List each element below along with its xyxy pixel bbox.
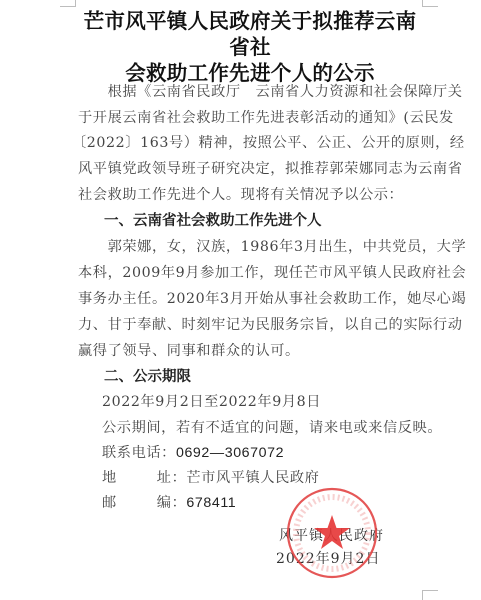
address-value: 芒市风平镇人民政府 xyxy=(186,470,319,486)
title-line-1: 芒市风平镇人民政府关于拟推荐云南省社 xyxy=(80,8,420,60)
section-1-line: 郭荣娜，女，汉族，1986年3月出生，中共党员，大学 xyxy=(78,237,466,257)
phone-label: 联系电话： xyxy=(102,445,176,461)
page-corner-mark-top-right xyxy=(422,0,438,7)
page-corner-mark-bottom-right xyxy=(422,590,438,600)
contact-phone: 联系电话：0692—3067072 xyxy=(102,443,284,463)
intro-line: 风平镇党政领导班子研究决定，拟推荐郭荣娜同志为云南省 xyxy=(78,159,462,179)
postcode-label-2: 编： xyxy=(157,495,187,511)
address-label-1: 地 xyxy=(102,470,117,486)
intro-line: 根据《云南省民政厅 云南省人力资源和社会保障厅关 xyxy=(78,82,462,102)
section-2-heading: 二、公示期限 xyxy=(104,367,191,387)
section-1-line: 事务办主任。2020年3月开始从事社会救助工作，她尽心竭 xyxy=(78,289,466,309)
address-label-2: 址： xyxy=(157,470,187,486)
section-1-line: 本科，2009年9月参加工作，现任芒市风平镇人民政府社会 xyxy=(78,263,466,283)
phone-value: 0692—3067072 xyxy=(176,445,284,461)
intro-line: 〔2022〕163号）精神，按照公平、公正、公开的原则，经 xyxy=(72,133,465,153)
postcode-value: 678411 xyxy=(186,495,236,511)
postcode-label-1: 邮 xyxy=(102,495,117,511)
section-1-heading: 一、云南省社会救助工作先进个人 xyxy=(104,211,322,231)
intro-line: 于开展云南省社会救助工作先进表彰活动的通知》(云民发 xyxy=(78,108,454,128)
official-seal-icon xyxy=(286,487,378,579)
page-corner-mark-top-left xyxy=(60,0,76,7)
contact-postcode: 邮编：678411 xyxy=(102,493,236,513)
publicity-period: 2022年9月2日至2022年9月8日 xyxy=(102,392,321,412)
feedback-notice: 公示期间，若有不适宜的问题，请来电或来信反映。 xyxy=(102,418,442,438)
contact-address: 地址：芒市风平镇人民政府 xyxy=(102,468,319,488)
section-1-line: 力、甘于奉献、时刻牢记为民服务宗旨，以自己的实际行动 xyxy=(78,315,462,335)
document-title: 芒市风平镇人民政府关于拟推荐云南省社 会救助工作先进个人的公示 xyxy=(80,8,420,86)
intro-line: 社会救助工作先进个人。现将有关情况予以公示： xyxy=(78,185,403,205)
section-1-line: 赢得了领导、同事和群众的认可。 xyxy=(78,341,300,361)
